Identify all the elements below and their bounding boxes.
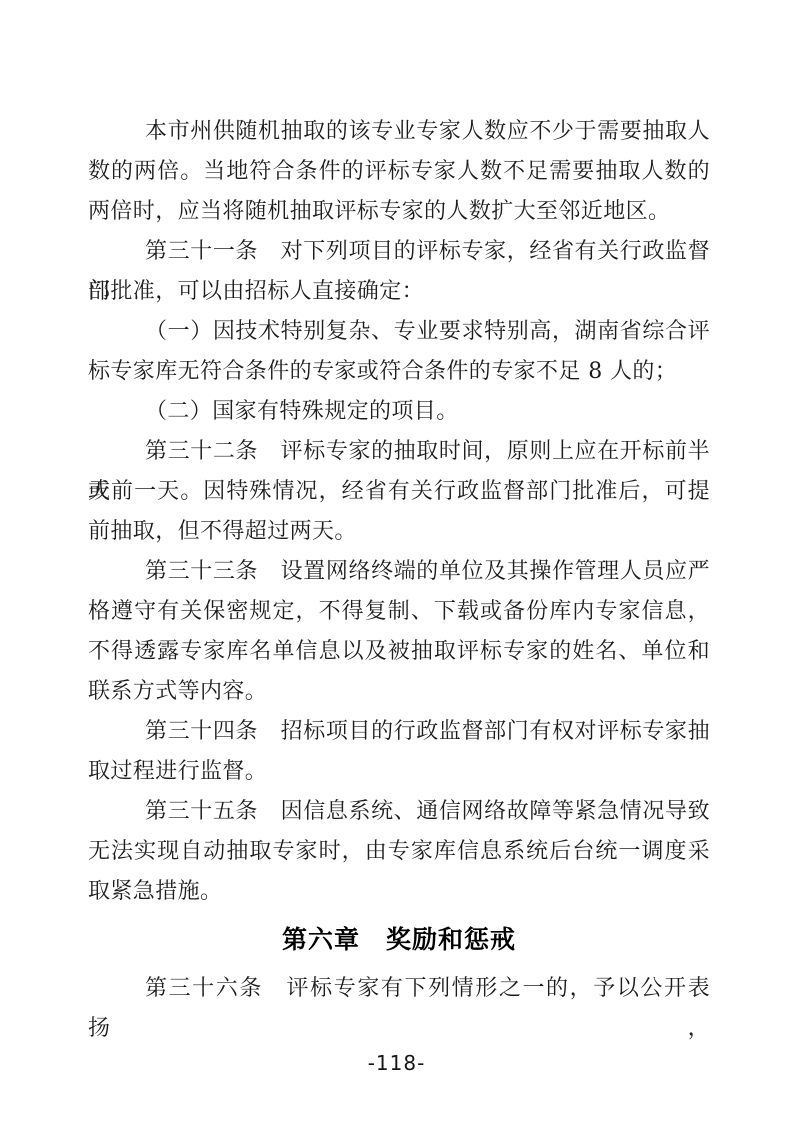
text-line: 第三十六条 评标专家有下列情形之一的，予以公开表扬，	[88, 969, 710, 1009]
chapter-heading: 第六章 奖励和惩戒	[88, 920, 710, 960]
text-line: 取紧急措施。	[88, 872, 710, 912]
page-number: -118-	[0, 1051, 793, 1075]
text-line: （一）因技术特别复杂、专业要求特别高，湖南省综合评	[88, 312, 710, 352]
text-line: 第三十二条 评标专家的抽取时间，原则上应在开标前半天	[88, 432, 710, 472]
text-line: 两倍时，应当将随机抽取评标专家的人数扩大至邻近地区。	[88, 192, 710, 232]
text-line: 标专家库无符合条件的专家或符合条件的专家不足 8 人的；	[88, 352, 710, 392]
text-line: 或前一天。因特殊情况，经省有关行政监督部门批准后，可提	[88, 472, 710, 512]
text-line: 第三十四条 招标项目的行政监督部门有权对评标专家抽	[88, 712, 710, 752]
text-line: 第三十一条 对下列项目的评标专家，经省有关行政监督部	[88, 232, 710, 272]
text-line: 本市州供随机抽取的该专业专家人数应不少于需要抽取人	[88, 112, 710, 152]
document-page: 本市州供随机抽取的该专业专家人数应不少于需要抽取人 数的两倍。当地符合条件的评标…	[0, 0, 793, 1122]
text-line: 前抽取，但不得超过两天。	[88, 512, 710, 552]
text-line: 数的两倍。当地符合条件的评标专家人数不足需要抽取人数的	[88, 152, 710, 192]
text-line: 门批准，可以由招标人直接确定：	[88, 272, 710, 312]
text-line: 无法实现自动抽取专家时，由专家库信息系统后台统一调度采	[88, 832, 710, 872]
text-line: 取过程进行监督。	[88, 752, 710, 792]
document-body: 本市州供随机抽取的该专业专家人数应不少于需要抽取人 数的两倍。当地符合条件的评标…	[88, 112, 710, 1009]
text-line: （二）国家有特殊规定的项目。	[88, 392, 710, 432]
text-line: 第三十三条 设置网络终端的单位及其操作管理人员应严	[88, 552, 710, 592]
text-line: 不得透露专家库名单信息以及被抽取评标专家的姓名、单位和	[88, 632, 710, 672]
text-line: 联系方式等内容。	[88, 672, 710, 712]
text-line: 格遵守有关保密规定，不得复制、下载或备份库内专家信息，	[88, 592, 710, 632]
text-line: 第三十五条 因信息系统、通信网络故障等紧急情况导致	[88, 792, 710, 832]
